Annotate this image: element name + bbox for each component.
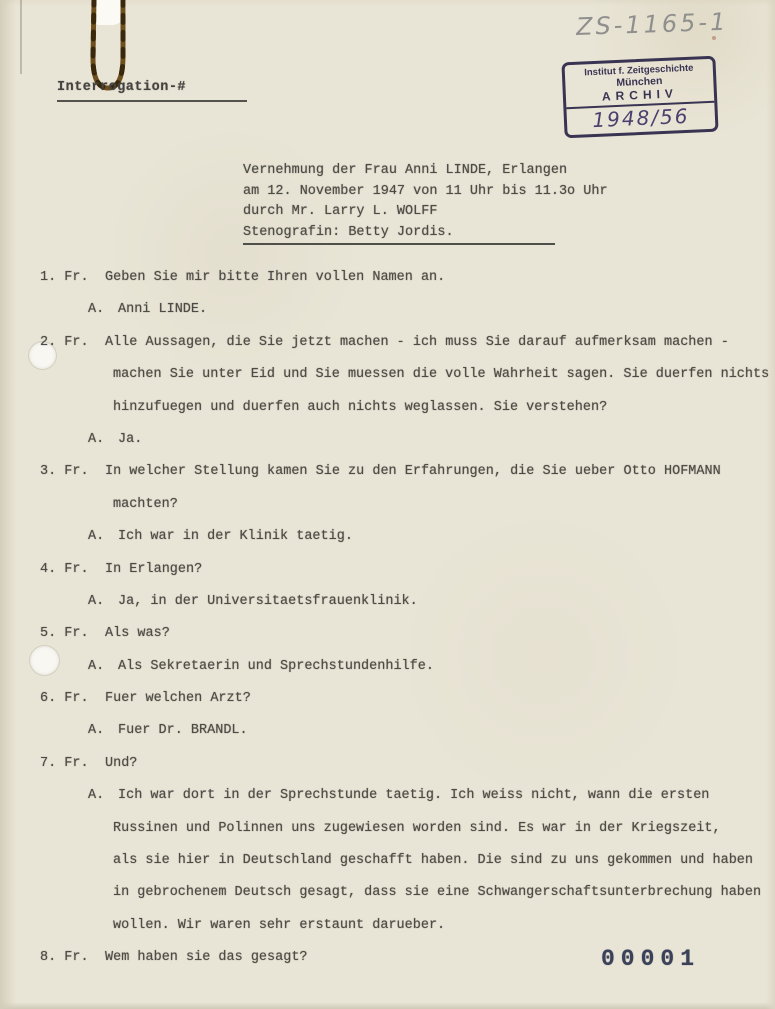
qa-transcript: 1. Fr.Geben Sie mir bitte Ihren vollen N… <box>40 262 769 975</box>
paper-speck <box>712 36 716 40</box>
qa-line: 5. Fr.Als was? <box>40 618 769 650</box>
qa-line: 4. Fr.In Erlangen? <box>40 554 769 586</box>
answer-text: Anni LINDE. <box>118 302 207 317</box>
question-text: Alle Aussagen, die Sie jetzt machen - ic… <box>105 335 729 350</box>
qa-line: A.Ich war in der Klinik taetig. <box>40 521 769 553</box>
qa-line: 1. Fr.Geben Sie mir bitte Ihren vollen N… <box>40 262 769 294</box>
answer-marker: A. <box>88 586 118 618</box>
answer-marker: A. <box>88 521 118 553</box>
qa-line: machten? <box>40 489 769 521</box>
qa-line: A.Als Sekretaerin und Sprechstundenhilfe… <box>40 651 769 683</box>
question-number: 8. Fr. <box>40 942 105 974</box>
qa-line: als sie hier in Deutschland geschafft ha… <box>40 845 769 877</box>
answer-text: in gebrochenem Deutsch gesagt, dass sie … <box>113 885 761 900</box>
answer-text: als sie hier in Deutschland geschafft ha… <box>113 853 753 868</box>
qa-line: A.Anni LINDE. <box>40 294 769 326</box>
question-number: 2. Fr. <box>40 327 105 359</box>
question-number: 7. Fr. <box>40 748 105 780</box>
qa-line: hinzufuegen und duerfen auch nichts wegl… <box>40 392 769 424</box>
answer-marker: A. <box>88 651 118 683</box>
header-line-stenographer: Stenografin: Betty Jordis. <box>243 223 555 246</box>
answer-text: Ich war in der Klinik taetig. <box>118 529 353 544</box>
answer-marker: A. <box>88 780 118 812</box>
question-text: Als was? <box>105 626 170 641</box>
archive-stamp: Institut f. Zeitgeschichte München ARCHI… <box>561 56 718 139</box>
qa-line: in gebrochenem Deutsch gesagt, dass sie … <box>40 877 769 909</box>
question-text: In Erlangen? <box>105 562 202 577</box>
document-label-text: Interrogation-# <box>57 80 186 95</box>
qa-line: A.Fuer Dr. BRANDL. <box>40 715 769 747</box>
question-text: Fuer welchen Arzt? <box>105 691 251 706</box>
answer-text: Ja. <box>118 432 142 447</box>
handwritten-reference: ZS-1165-1 <box>576 7 747 41</box>
header-line: am 12. November 1947 von 11 Uhr bis 11.3… <box>243 182 608 203</box>
qa-line: wollen. Wir waren sehr erstaunt darueber… <box>40 910 769 942</box>
qa-line: Russinen und Polinnen uns zugewiesen wor… <box>40 813 769 845</box>
qa-line: 7. Fr.Und? <box>40 748 769 780</box>
qa-line: 6. Fr.Fuer welchen Arzt? <box>40 683 769 715</box>
question-text: machten? <box>113 497 178 512</box>
answer-text: Russinen und Polinnen uns zugewiesen wor… <box>113 821 721 836</box>
qa-line: A.Ich war dort in der Sprechstunde taeti… <box>40 780 769 812</box>
qa-line: machen Sie unter Eid und Sie muessen die… <box>40 359 769 391</box>
qa-line: 2. Fr.Alle Aussagen, die Sie jetzt mache… <box>40 327 769 359</box>
question-number: 3. Fr. <box>40 456 105 488</box>
header-line: durch Mr. Larry L. WOLFF <box>243 202 608 223</box>
question-text: In welcher Stellung kamen Sie zu den Erf… <box>105 464 721 479</box>
answer-marker: A. <box>88 424 118 456</box>
stamp-accession-number: 1948/56 <box>566 101 715 135</box>
paper-crease <box>20 0 22 74</box>
answer-text: wollen. Wir waren sehr erstaunt darueber… <box>113 918 445 933</box>
answer-text: Ja, in der Universitaetsfrauenklinik. <box>118 594 418 609</box>
question-text: Und? <box>105 756 137 771</box>
page-number-stamp: 00001 <box>601 946 700 972</box>
question-number: 4. Fr. <box>40 554 105 586</box>
question-number: 5. Fr. <box>40 618 105 650</box>
question-text: Geben Sie mir bitte Ihren vollen Namen a… <box>105 270 445 285</box>
question-text: machen Sie unter Eid und Sie muessen die… <box>113 367 769 382</box>
answer-text: Als Sekretaerin und Sprechstundenhilfe. <box>118 659 434 674</box>
answer-marker: A. <box>88 294 118 326</box>
answer-text: Ich war dort in der Sprechstunde taetig.… <box>118 788 709 803</box>
qa-line: 3. Fr.In welcher Stellung kamen Sie zu d… <box>40 456 769 488</box>
interrogation-header: Vernehmung der Frau Anni LINDE, Erlangen… <box>243 161 608 245</box>
question-text: hinzufuegen und duerfen auch nichts wegl… <box>113 400 607 415</box>
document-label: Interrogation-# <box>57 80 247 102</box>
question-number: 1. Fr. <box>40 262 105 294</box>
handwritten-reference-text: ZS-1165-1 <box>576 8 729 41</box>
qa-line: A.Ja. <box>40 424 769 456</box>
answer-text: Fuer Dr. BRANDL. <box>118 723 248 738</box>
document-page: Interrogation-# ZS-1165-1 Institut f. Ze… <box>0 0 775 1009</box>
qa-line: A.Ja, in der Universitaetsfrauenklinik. <box>40 586 769 618</box>
question-number: 6. Fr. <box>40 683 105 715</box>
header-line: Vernehmung der Frau Anni LINDE, Erlangen <box>243 161 608 182</box>
question-text: Wem haben sie das gesagt? <box>105 950 308 965</box>
answer-marker: A. <box>88 715 118 747</box>
